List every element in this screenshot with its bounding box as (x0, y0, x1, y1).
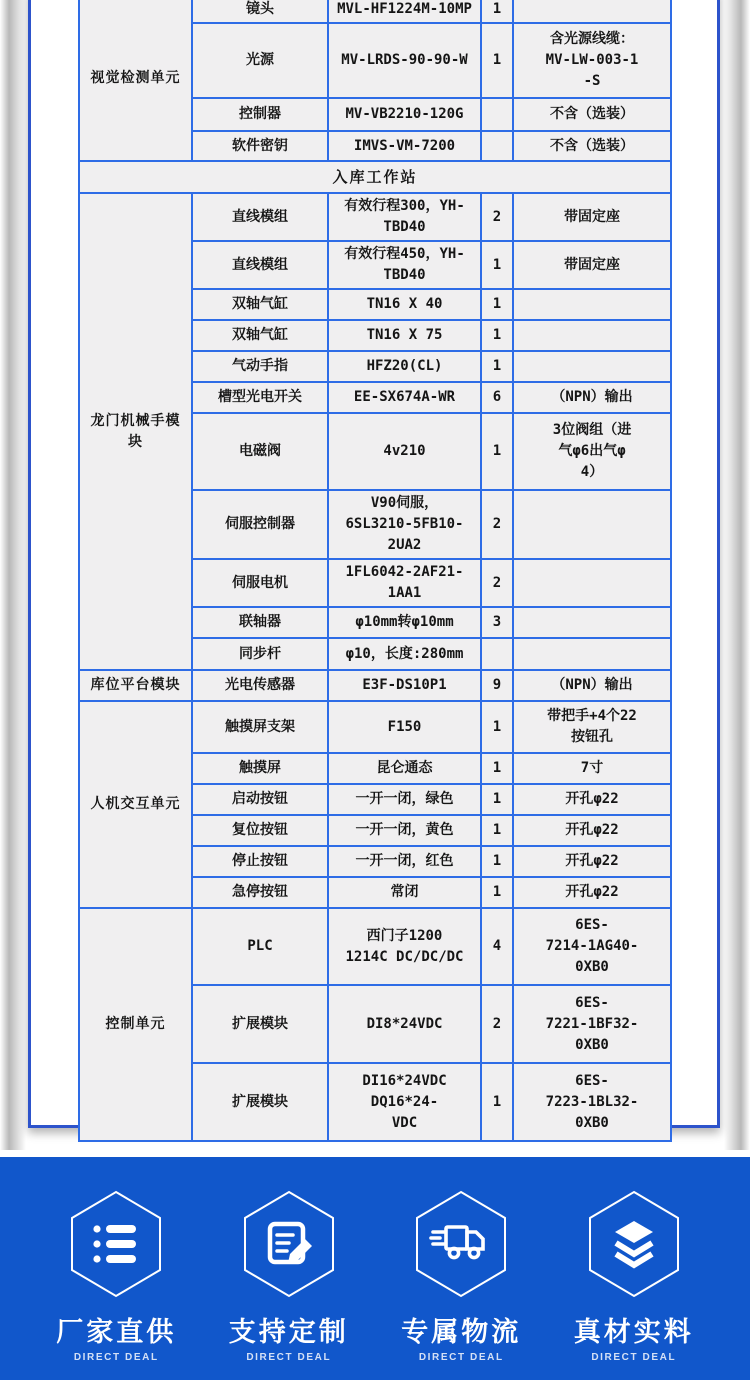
note-cell: 带固定座 (513, 193, 671, 241)
qty-cell (481, 98, 513, 131)
qty-cell: 2 (481, 490, 513, 559)
qty-cell: 1 (481, 320, 513, 351)
spec-table: 视觉检测单元 镜头 MVL-HF1224M-10MP 1 光源 MV-LRDS-… (78, 0, 672, 1142)
spec-card: 视觉检测单元 镜头 MVL-HF1224M-10MP 1 光源 MV-LRDS-… (28, 0, 720, 1128)
spec-cell: 西门子1200 1214C DC/DC/DC (328, 908, 481, 985)
note-cell: 带固定座 (513, 241, 671, 289)
table-row: 视觉检测单元 镜头 MVL-HF1224M-10MP 1 (79, 0, 671, 23)
spec-cell: MV-VB2210-120G (328, 98, 481, 131)
note-cell (513, 320, 671, 351)
note-cell: 6ES- 7223-1BL32- 0XB0 (513, 1063, 671, 1141)
note-cell: 开孔φ22 (513, 846, 671, 877)
spec-cell: DI16*24VDC DQ16*24- VDC (328, 1063, 481, 1141)
qty-cell: 4 (481, 908, 513, 985)
table-row: 控制单元 PLC 西门子1200 1214C DC/DC/DC 4 6ES- 7… (79, 908, 671, 985)
group-cell: 人机交互单元 (79, 701, 192, 908)
note-cell: （NPN）输出 (513, 670, 671, 701)
list-icon (68, 1190, 164, 1298)
note-cell: 开孔φ22 (513, 784, 671, 815)
part-name-cell: PLC (192, 908, 328, 985)
part-name-cell: 触摸屏 (192, 753, 328, 784)
spec-cell: 一开一闭，红色 (328, 846, 481, 877)
spec-cell: E3F-DS10P1 (328, 670, 481, 701)
part-name-cell: 槽型光电开关 (192, 382, 328, 413)
part-name-cell: 直线模组 (192, 241, 328, 289)
part-name-cell: 启动按钮 (192, 784, 328, 815)
qty-cell: 1 (481, 753, 513, 784)
spec-cell: 4v210 (328, 413, 481, 490)
spec-cell: 有效行程450，YH-TBD40 (328, 241, 481, 289)
qty-cell (481, 131, 513, 161)
note-cell: 3位阀组（进 气φ6出气φ 4） (513, 413, 671, 490)
group-cell: 龙门机械手模块 (79, 193, 192, 670)
part-name-cell: 双轴气缸 (192, 289, 328, 320)
spec-cell: φ10mm转φ10mm (328, 607, 481, 638)
part-name-cell: 双轴气缸 (192, 320, 328, 351)
note-cell: 不含（选装） (513, 98, 671, 131)
feature-banner: 厂家直供 DIRECT DEAL 支持定制 DIRECT DEAL (0, 1157, 750, 1380)
spec-cell: 1FL6042-2AF21-1AA1 (328, 559, 481, 607)
part-name-cell: 联轴器 (192, 607, 328, 638)
note-cell: 6ES- 7221-1BF32- 0XB0 (513, 985, 671, 1063)
group-cell: 库位平台模块 (79, 670, 192, 701)
spec-cell: TN16 X 40 (328, 289, 481, 320)
spec-cell: 有效行程300，YH-TBD40 (328, 193, 481, 241)
qty-cell (481, 638, 513, 670)
note-cell: 开孔φ22 (513, 877, 671, 908)
group-cell: 视觉检测单元 (79, 0, 192, 161)
note-cell (513, 289, 671, 320)
banner-label: 厂家直供 (56, 1310, 176, 1349)
note-cell: 不含（选装） (513, 131, 671, 161)
note-cell (513, 607, 671, 638)
spec-cell: MVL-HF1224M-10MP (328, 0, 481, 23)
spec-cell: 常闭 (328, 877, 481, 908)
note-cell (513, 490, 671, 559)
spec-cell: HFZ20(CL) (328, 351, 481, 382)
qty-cell: 1 (481, 1063, 513, 1141)
qty-cell: 9 (481, 670, 513, 701)
banner-label: 专属物流 (401, 1310, 521, 1349)
qty-cell: 1 (481, 846, 513, 877)
part-name-cell: 伺服电机 (192, 559, 328, 607)
truck-icon (413, 1190, 509, 1298)
spec-cell: TN16 X 75 (328, 320, 481, 351)
page-right-shadow (724, 0, 750, 1150)
banner-caption: DIRECT DEAL (74, 1352, 159, 1363)
spec-cell: 昆仑通态 (328, 753, 481, 784)
part-name-cell: 光电传感器 (192, 670, 328, 701)
part-name-cell: 直线模组 (192, 193, 328, 241)
qty-cell: 1 (481, 289, 513, 320)
part-name-cell: 光源 (192, 23, 328, 98)
spec-cell: F150 (328, 701, 481, 753)
qty-cell: 1 (481, 23, 513, 98)
edit-document-icon (241, 1190, 337, 1298)
part-name-cell: 气动手指 (192, 351, 328, 382)
note-cell: 含光源线缆： MV-LW-003-1 -S (513, 23, 671, 98)
group-cell: 控制单元 (79, 908, 192, 1141)
spec-cell: V90伺服， 6SL3210-5FB10-2UA2 (328, 490, 481, 559)
part-name-cell: 扩展模块 (192, 985, 328, 1063)
qty-cell: 3 (481, 607, 513, 638)
note-cell (513, 559, 671, 607)
spec-cell: MV-LRDS-90-90-W (328, 23, 481, 98)
part-name-cell: 伺服控制器 (192, 490, 328, 559)
qty-cell: 1 (481, 784, 513, 815)
banner-caption: DIRECT DEAL (419, 1352, 504, 1363)
banner-caption: DIRECT DEAL (591, 1352, 676, 1363)
table-row: 人机交互单元 触摸屏支架 F150 1 带把手+4个22 按钮孔 (79, 701, 671, 753)
spec-cell: φ10，长度:280mm (328, 638, 481, 670)
part-name-cell: 同步杆 (192, 638, 328, 670)
spec-cell: 一开一闭，绿色 (328, 784, 481, 815)
note-cell (513, 0, 671, 23)
banner-item-customization: 支持定制 DIRECT DEAL (203, 1190, 376, 1363)
note-cell (513, 351, 671, 382)
qty-cell: 6 (481, 382, 513, 413)
banner-label: 真材实料 (574, 1310, 694, 1349)
spec-cell: DI8*24VDC (328, 985, 481, 1063)
note-cell: 7寸 (513, 753, 671, 784)
part-name-cell: 电磁阀 (192, 413, 328, 490)
banner-caption: DIRECT DEAL (246, 1352, 331, 1363)
note-cell: 6ES- 7214-1AG40- 0XB0 (513, 908, 671, 985)
qty-cell: 1 (481, 351, 513, 382)
note-cell: （NPN）输出 (513, 382, 671, 413)
part-name-cell: 急停按钮 (192, 877, 328, 908)
note-cell (513, 638, 671, 670)
section-header-cell: 入库工作站 (79, 161, 671, 193)
spec-cell: 一开一闭，黄色 (328, 815, 481, 846)
qty-cell: 1 (481, 0, 513, 23)
part-name-cell: 镜头 (192, 0, 328, 23)
qty-cell: 1 (481, 701, 513, 753)
page-left-shadow (0, 0, 26, 1150)
note-cell: 带把手+4个22 按钮孔 (513, 701, 671, 753)
part-name-cell: 扩展模块 (192, 1063, 328, 1141)
part-name-cell: 触摸屏支架 (192, 701, 328, 753)
qty-cell: 2 (481, 559, 513, 607)
banner-item-logistics: 专属物流 DIRECT DEAL (375, 1190, 548, 1363)
part-name-cell: 软件密钥 (192, 131, 328, 161)
section-header-row: 入库工作站 (79, 161, 671, 193)
qty-cell: 1 (481, 815, 513, 846)
part-name-cell: 控制器 (192, 98, 328, 131)
banner-item-direct-supply: 厂家直供 DIRECT DEAL (30, 1190, 203, 1363)
table-row: 龙门机械手模块 直线模组 有效行程300，YH-TBD40 2 带固定座 (79, 193, 671, 241)
banner-label: 支持定制 (229, 1310, 349, 1349)
spec-cell: EE-SX674A-WR (328, 382, 481, 413)
qty-cell: 1 (481, 877, 513, 908)
banner-item-quality: 真材实料 DIRECT DEAL (548, 1190, 721, 1363)
spec-cell: IMVS-VM-7200 (328, 131, 481, 161)
part-name-cell: 停止按钮 (192, 846, 328, 877)
note-cell: 开孔φ22 (513, 815, 671, 846)
layers-icon (586, 1190, 682, 1298)
part-name-cell: 复位按钮 (192, 815, 328, 846)
qty-cell: 1 (481, 413, 513, 490)
qty-cell: 2 (481, 985, 513, 1063)
table-row: 库位平台模块 光电传感器 E3F-DS10P1 9 （NPN）输出 (79, 670, 671, 701)
qty-cell: 1 (481, 241, 513, 289)
qty-cell: 2 (481, 193, 513, 241)
